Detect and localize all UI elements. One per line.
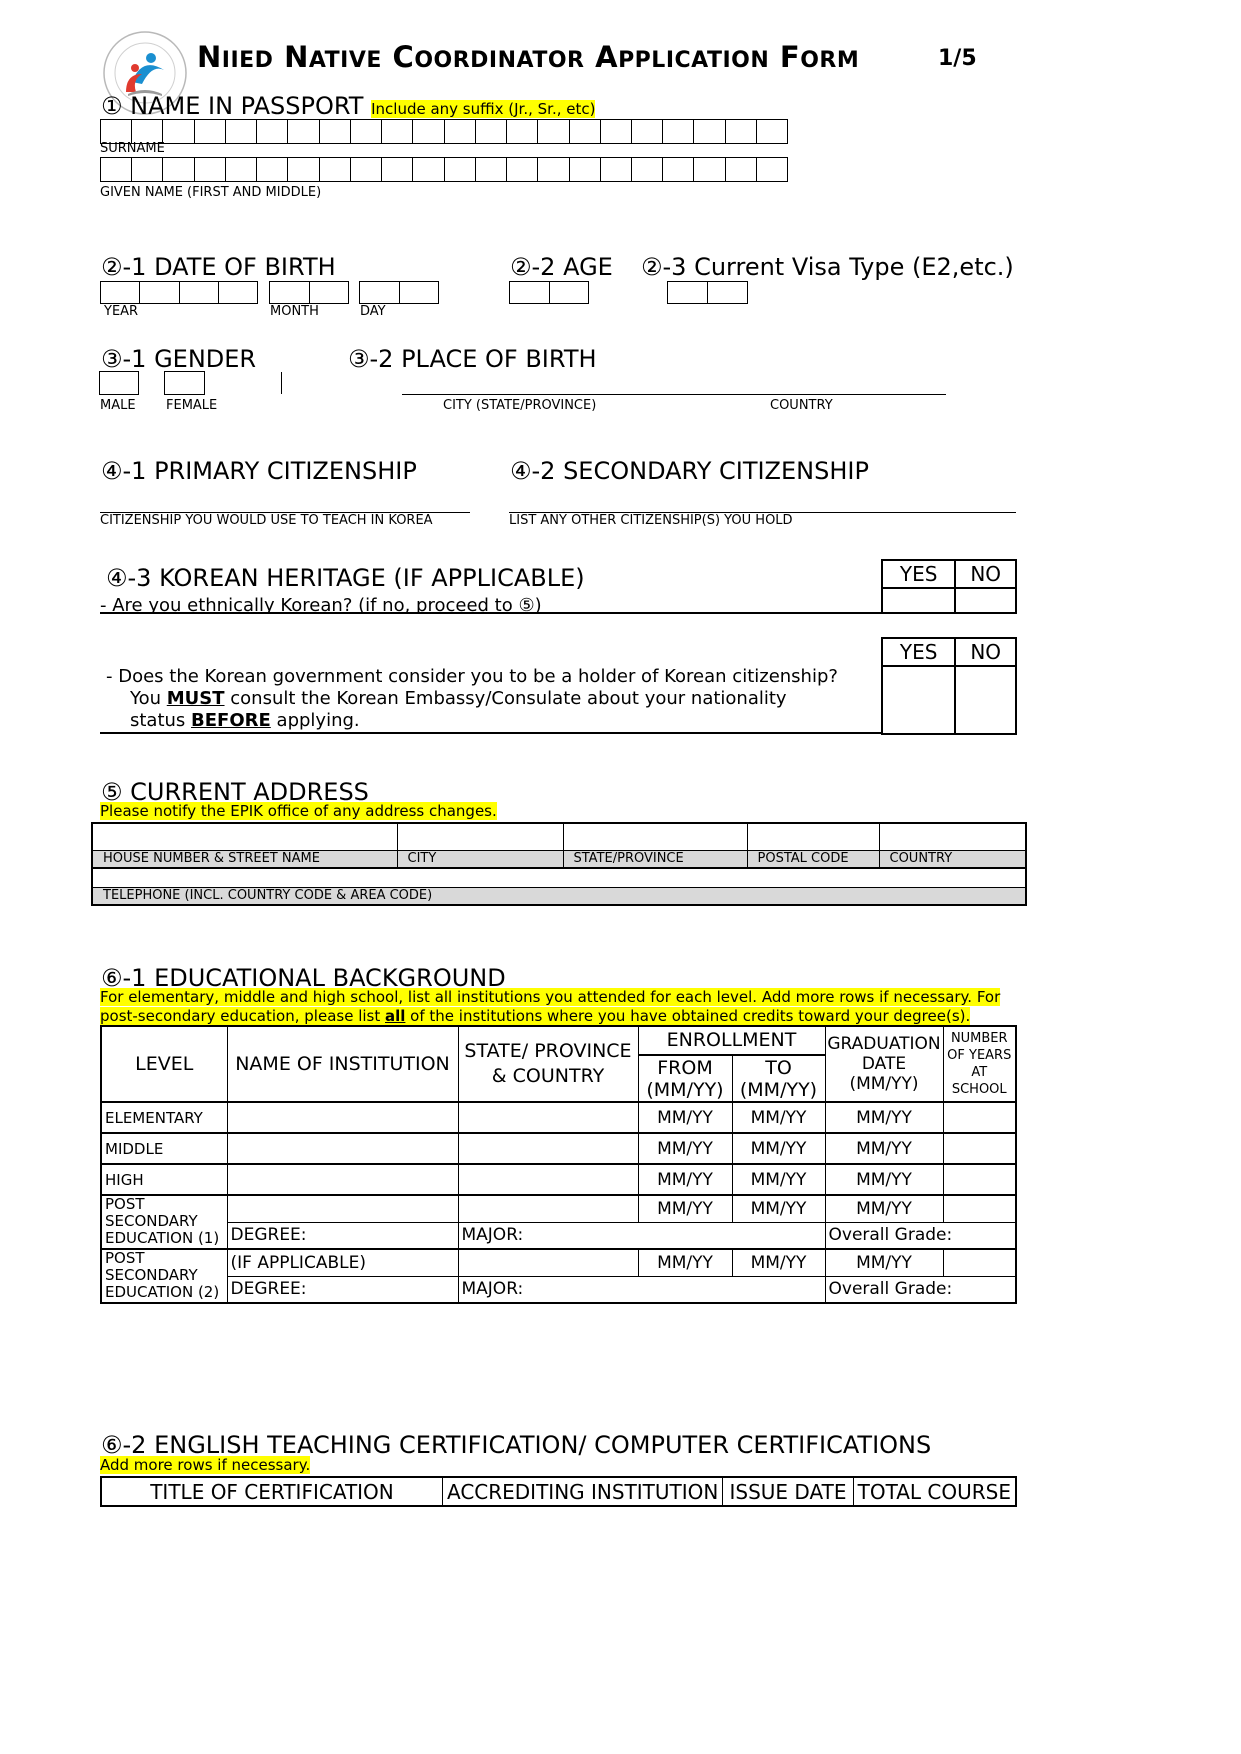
given-name-char-box[interactable] bbox=[663, 158, 694, 181]
years-cell[interactable] bbox=[943, 1133, 1016, 1164]
given-name-label: GIVEN NAME (FIRST AND MIDDLE) bbox=[100, 185, 321, 200]
visa-char[interactable] bbox=[708, 282, 747, 303]
from-cell[interactable]: MM/YY bbox=[638, 1164, 732, 1195]
form-title: NIIED NATIVE COORDINATOR APPLICATION FOR… bbox=[197, 40, 859, 74]
given-name-char-box[interactable] bbox=[163, 158, 194, 181]
city-field[interactable] bbox=[397, 823, 563, 851]
given-name-char-box[interactable] bbox=[288, 158, 319, 181]
given-name-char-box[interactable] bbox=[694, 158, 725, 181]
given-name-char-box[interactable] bbox=[382, 158, 413, 181]
education-note: For elementary, middle and high school, … bbox=[100, 988, 1000, 1026]
given-name-grid bbox=[100, 157, 788, 182]
post-secondary-1-to[interactable]: MM/YY bbox=[732, 1195, 825, 1222]
given-name-char-box[interactable] bbox=[257, 158, 288, 181]
enrollment-header: ENROLLMENT bbox=[638, 1026, 825, 1055]
surname-char-box[interactable] bbox=[132, 120, 163, 143]
certification-note: Add more rows if necessary. bbox=[100, 1456, 310, 1474]
secondary-citizenship-heading: ④-2 SECONDARY CITIZENSHIP bbox=[510, 457, 869, 485]
surname-char-box[interactable] bbox=[663, 120, 694, 143]
post-secondary-2-institution[interactable]: (IF APPLICABLE) bbox=[227, 1249, 458, 1276]
surname-char-box[interactable] bbox=[632, 120, 663, 143]
institution-header: NAME OF INSTITUTION bbox=[227, 1026, 458, 1102]
given-name-char-box[interactable] bbox=[570, 158, 601, 181]
postal-code-field[interactable] bbox=[747, 823, 879, 851]
surname-grid bbox=[100, 119, 788, 144]
post-secondary-2-grade[interactable]: Overall Grade: bbox=[825, 1276, 1016, 1303]
state-field[interactable] bbox=[563, 823, 747, 851]
surname-char-box[interactable] bbox=[445, 120, 476, 143]
age-boxes[interactable] bbox=[509, 281, 589, 304]
table-row: ELEMENTARYMM/YYMM/YYMM/YY bbox=[101, 1102, 1016, 1133]
yes-header: YES bbox=[882, 560, 955, 588]
ethnically-korean-question: - Are you ethnically Korean? (if no, pro… bbox=[100, 594, 882, 614]
table-row: HIGHMM/YYMM/YYMM/YY bbox=[101, 1164, 1016, 1195]
post-secondary-1-degree[interactable]: DEGREE: bbox=[227, 1222, 458, 1249]
surname-char-box[interactable] bbox=[476, 120, 507, 143]
year-digit[interactable] bbox=[140, 282, 179, 303]
secondary-citizenship-label: LIST ANY OTHER CITIZENSHIP(S) YOU HOLD bbox=[509, 513, 793, 528]
institution-cell[interactable] bbox=[227, 1164, 458, 1195]
ethnic-yes-box[interactable] bbox=[882, 588, 955, 613]
state-country-cell[interactable] bbox=[458, 1102, 638, 1133]
surname-char-box[interactable] bbox=[601, 120, 632, 143]
surname-char-box[interactable] bbox=[351, 120, 382, 143]
surname-char-box[interactable] bbox=[288, 120, 319, 143]
post-secondary-2-to[interactable]: MM/YY bbox=[732, 1249, 825, 1276]
cert-total-course-header: TOTAL COURSE bbox=[853, 1477, 1016, 1506]
years-cell[interactable] bbox=[943, 1164, 1016, 1195]
given-name-char-box[interactable] bbox=[320, 158, 351, 181]
level-cell: ELEMENTARY bbox=[101, 1102, 227, 1133]
post-secondary-1-state[interactable] bbox=[458, 1195, 638, 1222]
given-name-char-box[interactable] bbox=[726, 158, 757, 181]
level-cell: MIDDLE bbox=[101, 1133, 227, 1164]
no-header: NO bbox=[955, 638, 1016, 666]
institution-cell[interactable] bbox=[227, 1102, 458, 1133]
dob-day-boxes[interactable] bbox=[359, 281, 439, 304]
to-header: TO(MM/YY) bbox=[732, 1055, 825, 1102]
address-table: HOUSE NUMBER & STREET NAME CITY STATE/PR… bbox=[91, 822, 1027, 906]
year-digit[interactable] bbox=[101, 282, 140, 303]
age-heading: ②-2 AGE bbox=[510, 253, 613, 281]
given-name-char-box[interactable] bbox=[601, 158, 632, 181]
cert-institution-header: ACCREDITING INSTITUTION bbox=[442, 1477, 722, 1506]
given-name-char-box[interactable] bbox=[413, 158, 444, 181]
year-label: YEAR bbox=[104, 304, 138, 319]
state-country-header: STATE/ PROVINCE& COUNTRY bbox=[458, 1026, 638, 1102]
dob-heading: ②-1 DATE OF BIRTH bbox=[101, 253, 336, 281]
post-secondary-1-institution[interactable] bbox=[227, 1195, 458, 1222]
visa-heading: ②-3 Current Visa Type (E2,etc.) bbox=[641, 253, 1014, 281]
level-header: LEVEL bbox=[101, 1026, 227, 1102]
education-table: LEVEL NAME OF INSTITUTION STATE/ PROVINC… bbox=[100, 1025, 1017, 1304]
table-row: MIDDLEMM/YYMM/YYMM/YY bbox=[101, 1133, 1016, 1164]
given-name-char-box[interactable] bbox=[132, 158, 163, 181]
surname-label: SURNAME bbox=[100, 141, 165, 156]
month-digit[interactable] bbox=[310, 282, 349, 303]
given-name-char-box[interactable] bbox=[476, 158, 507, 181]
given-name-char-box[interactable] bbox=[538, 158, 569, 181]
post-secondary-2-years[interactable] bbox=[943, 1249, 1016, 1276]
from-header: FROM(MM/YY) bbox=[638, 1055, 732, 1102]
post-secondary-2-from[interactable]: MM/YY bbox=[638, 1249, 732, 1276]
primary-citizenship-field[interactable] bbox=[100, 490, 470, 513]
year-digit[interactable] bbox=[180, 282, 219, 303]
male-label: MALE bbox=[100, 398, 136, 413]
surname-char-box[interactable] bbox=[257, 120, 288, 143]
telephone-label: TELEPHONE (INCL. COUNTRY CODE & AREA COD… bbox=[92, 888, 1026, 906]
post-secondary-2-major[interactable]: MAJOR: bbox=[458, 1276, 825, 1303]
surname-char-box[interactable] bbox=[757, 120, 787, 143]
country-field[interactable] bbox=[879, 823, 1026, 851]
given-name-char-box[interactable] bbox=[757, 158, 787, 181]
month-digit[interactable] bbox=[270, 282, 310, 303]
graduation-cell[interactable]: MM/YY bbox=[825, 1133, 943, 1164]
surname-char-box[interactable] bbox=[226, 120, 257, 143]
given-name-char-box[interactable] bbox=[351, 158, 382, 181]
level-cell: HIGH bbox=[101, 1164, 227, 1195]
certification-table: TITLE OF CERTIFICATION ACCREDITING INSTI… bbox=[100, 1476, 1017, 1507]
street-field[interactable] bbox=[92, 823, 397, 851]
dob-month-boxes[interactable] bbox=[269, 281, 349, 304]
female-label: FEMALE bbox=[166, 398, 217, 413]
age-digit[interactable] bbox=[510, 282, 550, 303]
page-number: 1/5 bbox=[938, 46, 977, 71]
address-note: Please notify the EPIK office of any add… bbox=[100, 802, 497, 820]
surname-char-box[interactable] bbox=[538, 120, 569, 143]
post-secondary-2-state[interactable] bbox=[458, 1249, 638, 1276]
yes-header: YES bbox=[882, 638, 955, 666]
given-name-char-box[interactable] bbox=[226, 158, 257, 181]
certification-heading: ⑥-2 ENGLISH TEACHING CERTIFICATION/ COMP… bbox=[101, 1431, 931, 1459]
state-label: STATE/PROVINCE bbox=[563, 851, 747, 869]
surname-char-box[interactable] bbox=[101, 120, 132, 143]
gender-heading: ③-1 GENDER bbox=[101, 345, 256, 373]
graduation-cell[interactable]: MM/YY bbox=[825, 1102, 943, 1133]
surname-char-box[interactable] bbox=[195, 120, 226, 143]
post-secondary-1-years[interactable] bbox=[943, 1195, 1016, 1222]
post-secondary-2-level: POSTSECONDARYEDUCATION (2) bbox=[101, 1249, 227, 1303]
age-digit[interactable] bbox=[550, 282, 589, 303]
graduation-header: GRADUATIONDATE(MM/YY) bbox=[825, 1026, 943, 1102]
state-country-cell[interactable] bbox=[458, 1164, 638, 1195]
surname-char-box[interactable] bbox=[726, 120, 757, 143]
female-checkbox[interactable] bbox=[164, 371, 205, 395]
month-label: MONTH bbox=[270, 304, 319, 319]
surname-char-box[interactable] bbox=[507, 120, 538, 143]
year-digit[interactable] bbox=[219, 282, 257, 303]
telephone-field[interactable] bbox=[92, 868, 1026, 888]
surname-char-box[interactable] bbox=[694, 120, 725, 143]
surname-char-box[interactable] bbox=[413, 120, 444, 143]
birthplace-heading: ③-2 PLACE OF BIRTH bbox=[348, 345, 597, 373]
years-header: NUMBEROF YEARSAT SCHOOL bbox=[943, 1026, 1016, 1102]
post-secondary-1-level: POSTSECONDARYEDUCATION (1) bbox=[101, 1195, 227, 1249]
city-label: CITY bbox=[397, 851, 563, 869]
male-checkbox[interactable] bbox=[99, 371, 139, 395]
no-header: NO bbox=[955, 560, 1016, 588]
primary-citizenship-label: CITIZENSHIP YOU WOULD USE TO TEACH IN KO… bbox=[100, 513, 433, 528]
dob-year-boxes[interactable] bbox=[100, 281, 258, 304]
day-digit[interactable] bbox=[400, 282, 439, 303]
post-secondary-1-from[interactable]: MM/YY bbox=[638, 1195, 732, 1222]
to-cell[interactable]: MM/YY bbox=[732, 1164, 825, 1195]
korean-heritage-heading: ④-3 KOREAN HERITAGE (IF APPLICABLE) bbox=[106, 564, 585, 592]
divider bbox=[281, 372, 282, 394]
cert-title-header: TITLE OF CERTIFICATION bbox=[101, 1477, 442, 1506]
post-secondary-2-grad[interactable]: MM/YY bbox=[825, 1249, 943, 1276]
name-heading: ① NAME IN PASSPORT bbox=[101, 92, 363, 120]
given-name-char-box[interactable] bbox=[101, 158, 132, 181]
surname-char-box[interactable] bbox=[320, 120, 351, 143]
korean-citizenship-question: - Does the Korean government consider yo… bbox=[100, 666, 882, 734]
city-label: CITY (STATE/PROVINCE) bbox=[443, 398, 596, 413]
from-cell[interactable]: MM/YY bbox=[638, 1133, 732, 1164]
surname-char-box[interactable] bbox=[163, 120, 194, 143]
visa-char[interactable] bbox=[668, 282, 708, 303]
surname-char-box[interactable] bbox=[570, 120, 601, 143]
street-label: HOUSE NUMBER & STREET NAME bbox=[92, 851, 397, 869]
suffix-note: Include any suffix (Jr., Sr., etc) bbox=[371, 100, 595, 118]
given-name-char-box[interactable] bbox=[195, 158, 226, 181]
to-cell[interactable]: MM/YY bbox=[732, 1102, 825, 1133]
state-country-cell[interactable] bbox=[458, 1133, 638, 1164]
to-cell[interactable]: MM/YY bbox=[732, 1133, 825, 1164]
primary-citizenship-heading: ④-1 PRIMARY CITIZENSHIP bbox=[101, 457, 417, 485]
ethnic-no-box[interactable] bbox=[955, 588, 1016, 613]
day-label: DAY bbox=[360, 304, 386, 319]
years-cell[interactable] bbox=[943, 1102, 1016, 1133]
given-name-char-box[interactable] bbox=[507, 158, 538, 181]
cert-issue-date-header: ISSUE DATE bbox=[723, 1477, 853, 1506]
surname-char-box[interactable] bbox=[382, 120, 413, 143]
visa-boxes[interactable] bbox=[667, 281, 748, 304]
citizenship-yes-box[interactable] bbox=[882, 666, 955, 734]
citizenship-no-box[interactable] bbox=[955, 666, 1016, 734]
post-secondary-2-degree[interactable]: DEGREE: bbox=[227, 1276, 458, 1303]
citizenship-yes-no-table: YESNO bbox=[881, 637, 1017, 735]
secondary-citizenship-field[interactable] bbox=[509, 490, 1016, 513]
given-name-char-box[interactable] bbox=[445, 158, 476, 181]
ethnic-yes-no-table: YESNO bbox=[881, 559, 1017, 614]
birthplace-field[interactable] bbox=[402, 380, 946, 395]
post-secondary-1-grade[interactable]: Overall Grade: bbox=[825, 1222, 1016, 1249]
country-label: COUNTRY bbox=[770, 398, 833, 413]
post-secondary-1-grad[interactable]: MM/YY bbox=[825, 1195, 943, 1222]
institution-cell[interactable] bbox=[227, 1133, 458, 1164]
country-label: COUNTRY bbox=[879, 851, 1026, 869]
given-name-char-box[interactable] bbox=[632, 158, 663, 181]
from-cell[interactable]: MM/YY bbox=[638, 1102, 732, 1133]
graduation-cell[interactable]: MM/YY bbox=[825, 1164, 943, 1195]
post-secondary-1-major[interactable]: MAJOR: bbox=[458, 1222, 825, 1249]
postal-code-label: POSTAL CODE bbox=[747, 851, 879, 869]
day-digit[interactable] bbox=[360, 282, 400, 303]
